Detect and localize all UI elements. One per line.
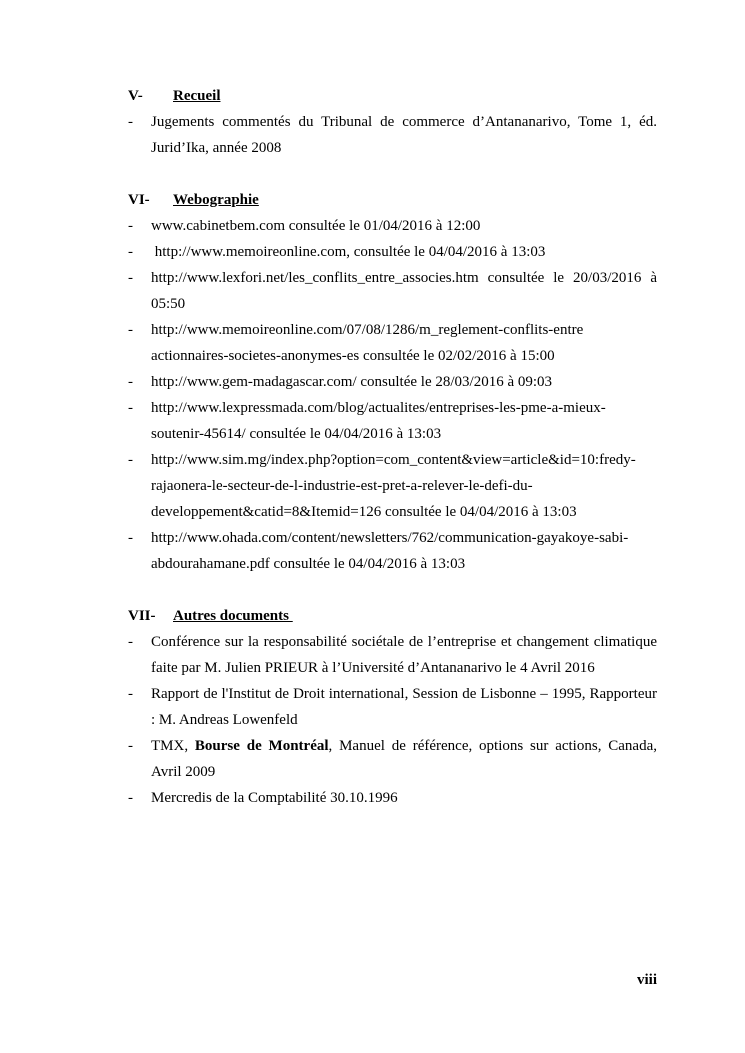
- list-item: -http://www.memoireonline.com/07/08/1286…: [128, 317, 657, 369]
- text-segment: http://www.sim.mg/index.php?option=com_c…: [151, 452, 636, 520]
- bullet-dash: -: [128, 369, 133, 395]
- list-item: -Jugements commentés du Tribunal de comm…: [128, 109, 657, 161]
- list-item-text: Conférence sur la responsabilité sociéta…: [151, 634, 657, 676]
- list-item: -Rapport de l'Institut de Droit internat…: [128, 681, 657, 733]
- list-item-text: http://www.sim.mg/index.php?option=com_c…: [151, 452, 636, 520]
- list-item-text: http://www.memoireonline.com/07/08/1286/…: [151, 322, 583, 364]
- list-item: -www.cabinetbem.com consultée le 01/04/2…: [128, 213, 657, 239]
- text-segment: Mercredis de la Comptabilité 30.10.1996: [151, 790, 398, 806]
- bullet-dash: -: [128, 733, 133, 759]
- text-segment: Rapport de l'Institut de Droit internati…: [151, 686, 657, 728]
- page-number: viii: [128, 967, 657, 993]
- bullet-dash: -: [128, 785, 133, 811]
- list-item: - http://www.memoireonline.com, consulté…: [128, 239, 657, 265]
- bullet-dash: -: [128, 447, 133, 473]
- text-segment: Jugements commentés du Tribunal de comme…: [151, 114, 657, 156]
- bullet-dash: -: [128, 629, 133, 655]
- list-item-text: http://www.gem-madagascar.com/ consultée…: [151, 374, 552, 390]
- list-item-text: Rapport de l'Institut de Droit internati…: [151, 686, 657, 728]
- bullet-dash: -: [128, 109, 133, 135]
- section-numeral: VI-: [128, 187, 173, 213]
- list-item-text: http://www.memoireonline.com, consultée …: [151, 244, 545, 260]
- text-segment: http://www.gem-madagascar.com/ consultée…: [151, 374, 552, 390]
- text-segment: http://www.ohada.com/content/newsletters…: [151, 530, 628, 572]
- text-segment: Conférence sur la responsabilité sociéta…: [151, 634, 657, 676]
- list-item: -http://www.lexpressmada.com/blog/actual…: [128, 395, 657, 447]
- list-item: -http://www.sim.mg/index.php?option=com_…: [128, 447, 657, 525]
- list-item-text: TMX, Bourse de Montréal, Manuel de référ…: [151, 738, 657, 780]
- section: VI-Webographie-www.cabinetbem.com consul…: [128, 187, 657, 577]
- list-item: -http://www.ohada.com/content/newsletter…: [128, 525, 657, 577]
- bullet-dash: -: [128, 681, 133, 707]
- bold-text-segment: Bourse de Montréal: [195, 738, 329, 754]
- list-item-text: Jugements commentés du Tribunal de comme…: [151, 114, 657, 156]
- bullet-dash: -: [128, 395, 133, 421]
- bullet-dash: -: [128, 239, 133, 265]
- text-segment: http://www.lexfori.net/les_conflits_entr…: [151, 270, 657, 312]
- section-heading: VII-Autres documents: [128, 603, 657, 629]
- section-numeral: VII-: [128, 603, 173, 629]
- list-item-text: http://www.lexpressmada.com/blog/actuali…: [151, 400, 606, 442]
- section-title: Autres documents: [173, 603, 293, 629]
- text-segment: http://www.lexpressmada.com/blog/actuali…: [151, 400, 606, 442]
- list-item-text: www.cabinetbem.com consultée le 01/04/20…: [151, 218, 480, 234]
- text-segment: http://www.memoireonline.com, consultée …: [151, 244, 545, 260]
- text-segment: http://www.memoireonline.com/07/08/1286/…: [151, 322, 583, 364]
- section: VII-Autres documents -Conférence sur la …: [128, 603, 657, 811]
- section-numeral: V-: [128, 83, 173, 109]
- document-page: V-Recueil-Jugements commentés du Tribuna…: [0, 0, 745, 1053]
- bullet-dash: -: [128, 525, 133, 551]
- bullet-dash: -: [128, 317, 133, 343]
- bullet-dash: -: [128, 213, 133, 239]
- section-title: Webographie: [173, 187, 259, 213]
- section-heading: VI-Webographie: [128, 187, 657, 213]
- section-heading: V-Recueil: [128, 83, 657, 109]
- list-item: -TMX, Bourse de Montréal, Manuel de réfé…: [128, 733, 657, 785]
- section: V-Recueil-Jugements commentés du Tribuna…: [128, 83, 657, 161]
- list-item: -Mercredis de la Comptabilité 30.10.1996: [128, 785, 657, 811]
- document-body: V-Recueil-Jugements commentés du Tribuna…: [128, 83, 657, 811]
- list-item-text: http://www.lexfori.net/les_conflits_entr…: [151, 270, 657, 312]
- list-item: -http://www.gem-madagascar.com/ consulté…: [128, 369, 657, 395]
- bullet-dash: -: [128, 265, 133, 291]
- list-item-text: http://www.ohada.com/content/newsletters…: [151, 530, 628, 572]
- list-item: -Conférence sur la responsabilité sociét…: [128, 629, 657, 681]
- text-segment: www.cabinetbem.com consultée le 01/04/20…: [151, 218, 480, 234]
- text-segment: TMX,: [151, 738, 195, 754]
- list-item-text: Mercredis de la Comptabilité 30.10.1996: [151, 790, 398, 806]
- section-title: Recueil: [173, 83, 220, 109]
- list-item: -http://www.lexfori.net/les_conflits_ent…: [128, 265, 657, 317]
